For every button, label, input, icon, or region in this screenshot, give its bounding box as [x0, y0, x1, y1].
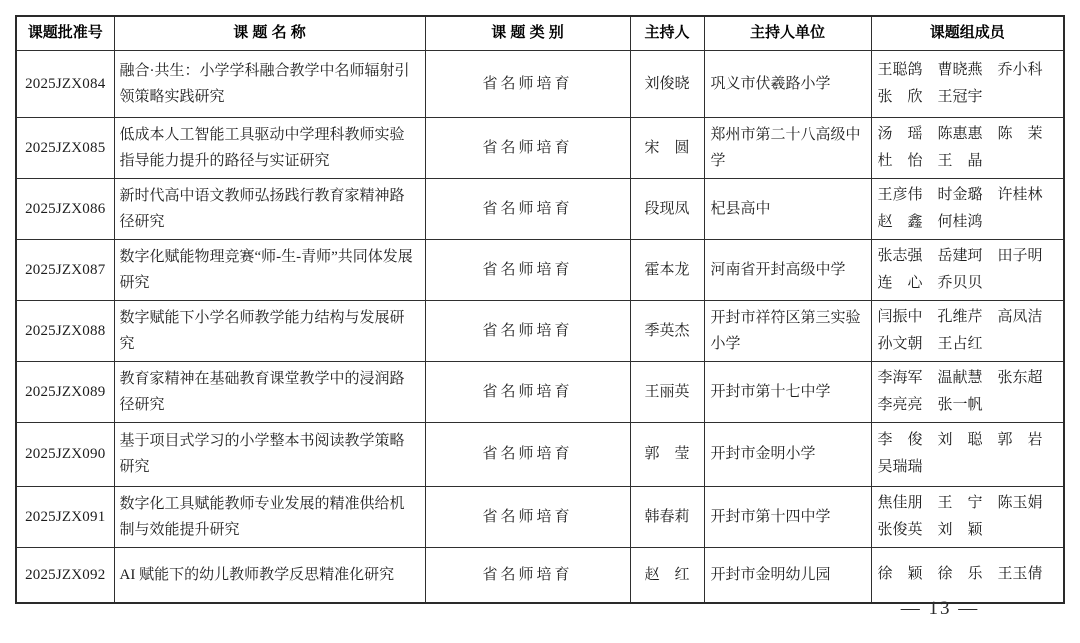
cell-category: 省名师培育 [425, 361, 630, 422]
cell-category: 省名师培育 [425, 422, 630, 486]
cell-host-unit: 开封市金明幼儿园 [704, 547, 871, 603]
cell-approval-number: 2025JZX091 [16, 486, 114, 547]
cell-members: 徐 颖 徐 乐 王玉倩 [871, 547, 1064, 603]
cell-category: 省名师培育 [425, 239, 630, 300]
cell-category: 省名师培育 [425, 178, 630, 239]
cell-project-title: 数字化赋能物理竞赛“师-生-青师”共同体发展研究 [114, 239, 425, 300]
table-row: 2025JZX090 基于项目式学习的小学整本书阅读教学策略研究 省名师培育 郭… [16, 422, 1064, 486]
table-row: 2025JZX087 数字化赋能物理竞赛“师-生-青师”共同体发展研究 省名师培… [16, 239, 1064, 300]
members-line: 李 俊 刘 聪 郭 岩 [878, 427, 1062, 454]
members-line: 李海军 温献慧 张东超 [878, 365, 1062, 392]
cell-host: 郭 莹 [630, 422, 704, 486]
cell-project-title: 新时代高中语文教师弘扬践行教育家精神路径研究 [114, 178, 425, 239]
members-line: 连 心 乔贝贝 [878, 270, 1062, 297]
cell-host-unit: 杞县高中 [704, 178, 871, 239]
cell-host-unit: 郑州市第二十八高级中学 [704, 117, 871, 178]
cell-host: 季英杰 [630, 300, 704, 361]
header-project-title: 课 题 名 称 [114, 16, 425, 50]
cell-approval-number: 2025JZX092 [16, 547, 114, 603]
table-row: 2025JZX088 数字赋能下小学名师教学能力结构与发展研究 省名师培育 季英… [16, 300, 1064, 361]
header-host-unit: 主持人单位 [704, 16, 871, 50]
cell-host: 段现凤 [630, 178, 704, 239]
cell-approval-number: 2025JZX090 [16, 422, 114, 486]
table-row: 2025JZX091 数字化工具赋能教师专业发展的精准供给机制与效能提升研究 省… [16, 486, 1064, 547]
cell-approval-number: 2025JZX088 [16, 300, 114, 361]
cell-category: 省名师培育 [425, 50, 630, 117]
cell-category: 省名师培育 [425, 547, 630, 603]
members-line: 王聪鸽 曹晓燕 乔小科 [878, 57, 1062, 84]
cell-approval-number: 2025JZX089 [16, 361, 114, 422]
cell-approval-number: 2025JZX087 [16, 239, 114, 300]
cell-host-unit: 巩义市伏羲路小学 [704, 50, 871, 117]
cell-project-title: 融合·共生：小学学科融合教学中名师辐射引领策略实践研究 [114, 50, 425, 117]
header-category: 课 题 类 别 [425, 16, 630, 50]
page-number: — 13 — [880, 598, 1000, 620]
cell-host-unit: 开封市祥符区第三实验小学 [704, 300, 871, 361]
table-header-row: 课题批准号 课 题 名 称 课 题 类 别 主持人 主持人单位 课题组成员 [16, 16, 1064, 50]
table-row: 2025JZX084 融合·共生：小学学科融合教学中名师辐射引领策略实践研究 省… [16, 50, 1064, 117]
cell-project-title: 数字赋能下小学名师教学能力结构与发展研究 [114, 300, 425, 361]
cell-members: 王彦伟 时金璐 许桂林 赵 鑫 何桂鸿 [871, 178, 1064, 239]
table-row: 2025JZX086 新时代高中语文教师弘扬践行教育家精神路径研究 省名师培育 … [16, 178, 1064, 239]
table-row: 2025JZX089 教育家精神在基础教育课堂教学中的浸润路径研究 省名师培育 … [16, 361, 1064, 422]
members-line: 汤 瑶 陈惠惠 陈 茉 [878, 121, 1062, 148]
document-page: 课题批准号 课 题 名 称 课 题 类 别 主持人 主持人单位 课题组成员 20… [0, 0, 1080, 643]
cell-host-unit: 河南省开封高级中学 [704, 239, 871, 300]
cell-approval-number: 2025JZX086 [16, 178, 114, 239]
cell-host: 刘俊晓 [630, 50, 704, 117]
members-line: 徐 颖 徐 乐 王玉倩 [878, 561, 1062, 588]
cell-members: 王聪鸽 曹晓燕 乔小科 张 欣 王冠宇 [871, 50, 1064, 117]
members-line: 闫振中 孔维芹 高凤洁 [878, 304, 1062, 331]
cell-host-unit: 开封市第十七中学 [704, 361, 871, 422]
cell-project-title: AI 赋能下的幼儿教师教学反思精准化研究 [114, 547, 425, 603]
header-members: 课题组成员 [871, 16, 1064, 50]
header-host: 主持人 [630, 16, 704, 50]
header-approval-number: 课题批准号 [16, 16, 114, 50]
cell-members: 闫振中 孔维芹 高凤洁 孙文朝 王占红 [871, 300, 1064, 361]
cell-project-title: 基于项目式学习的小学整本书阅读教学策略研究 [114, 422, 425, 486]
members-line: 张志强 岳建珂 田子明 [878, 243, 1062, 270]
members-line: 李亮亮 张一帆 [878, 392, 1062, 419]
table-row: 2025JZX085 低成本人工智能工具驱动中学理科教师实验指导能力提升的路径与… [16, 117, 1064, 178]
cell-category: 省名师培育 [425, 117, 630, 178]
cell-project-title: 低成本人工智能工具驱动中学理科教师实验指导能力提升的路径与实证研究 [114, 117, 425, 178]
cell-members: 焦佳朋 王 宁 陈玉娟 张俊英 刘 颖 [871, 486, 1064, 547]
members-line: 赵 鑫 何桂鸿 [878, 209, 1062, 236]
cell-approval-number: 2025JZX085 [16, 117, 114, 178]
table-row: 2025JZX092 AI 赋能下的幼儿教师教学反思精准化研究 省名师培育 赵 … [16, 547, 1064, 603]
cell-members: 汤 瑶 陈惠惠 陈 茉 杜 怡 王 晶 [871, 117, 1064, 178]
cell-host: 赵 红 [630, 547, 704, 603]
cell-host-unit: 开封市金明小学 [704, 422, 871, 486]
cell-approval-number: 2025JZX084 [16, 50, 114, 117]
cell-project-title: 数字化工具赋能教师专业发展的精准供给机制与效能提升研究 [114, 486, 425, 547]
cell-members: 李海军 温献慧 张东超 李亮亮 张一帆 [871, 361, 1064, 422]
members-line: 杜 怡 王 晶 [878, 148, 1062, 175]
cell-host-unit: 开封市第十四中学 [704, 486, 871, 547]
cell-project-title: 教育家精神在基础教育课堂教学中的浸润路径研究 [114, 361, 425, 422]
members-line: 孙文朝 王占红 [878, 331, 1062, 358]
cell-category: 省名师培育 [425, 300, 630, 361]
members-line: 吴瑞瑞 [878, 454, 1062, 481]
cell-category: 省名师培育 [425, 486, 630, 547]
cell-host: 王丽英 [630, 361, 704, 422]
members-line: 张 欣 王冠宇 [878, 84, 1062, 111]
members-line: 王彦伟 时金璐 许桂林 [878, 182, 1062, 209]
members-line: 张俊英 刘 颖 [878, 517, 1062, 544]
cell-members: 张志强 岳建珂 田子明 连 心 乔贝贝 [871, 239, 1064, 300]
cell-host: 宋 圆 [630, 117, 704, 178]
members-line: 焦佳朋 王 宁 陈玉娟 [878, 490, 1062, 517]
cell-host: 韩春莉 [630, 486, 704, 547]
projects-table: 课题批准号 课 题 名 称 课 题 类 别 主持人 主持人单位 课题组成员 20… [15, 15, 1065, 604]
cell-host: 霍本龙 [630, 239, 704, 300]
cell-members: 李 俊 刘 聪 郭 岩 吴瑞瑞 [871, 422, 1064, 486]
